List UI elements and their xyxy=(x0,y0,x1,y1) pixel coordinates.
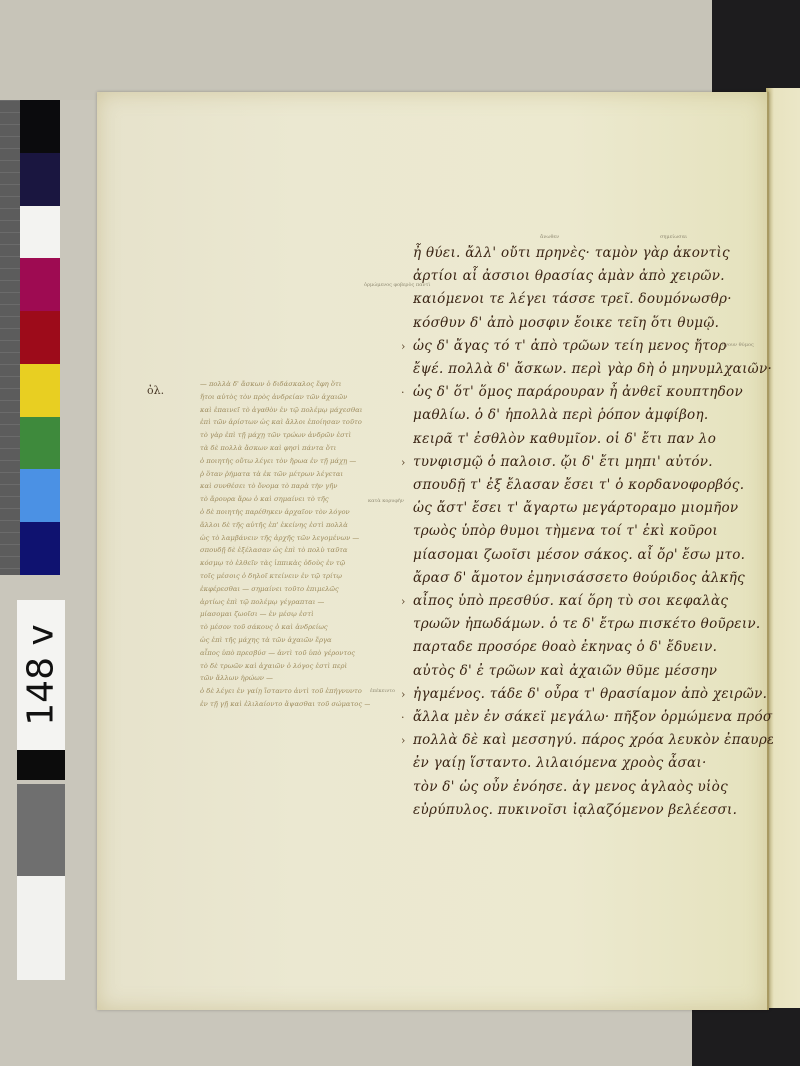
commentary-line: ἐκφέρεσθαι — σημαίνει τοῦτο ἐπιμελῶς xyxy=(200,583,370,596)
swatch-white xyxy=(20,206,60,259)
text-line: τρωὸς ὑπὸρ θυμοι τὴμενα τοί τ' ἐκὶ κοῦρο… xyxy=(413,520,773,543)
text-line: μίασομαι ζωοῖσι μέσον σάκος. αἶ ὄρ' ἔσω … xyxy=(413,544,773,567)
text-line: ὡς δ' ὅτ' ὅμος παράρουραν ἦ ἀνθεῖ κουπτη… xyxy=(413,381,773,404)
swatch-navy xyxy=(20,153,60,206)
marginal-marker: › xyxy=(401,683,406,706)
commentary-line: ἄλλοι δὲ τῆς αὐτῆς ἐπ' ἐκείνης ἐστὶ πολλ… xyxy=(200,519,370,532)
dark-cloth-top-right xyxy=(712,0,800,96)
commentary-line: τὸ μέσον τοῦ σάκους ὁ καὶ ἀνδρείως xyxy=(200,621,370,634)
marginal-marker: › xyxy=(401,335,406,358)
text-line: τὸν δ' ὡς οὖν ἐνόησε. ἀγ μενος ἀγλαὸς υἱ… xyxy=(413,776,773,799)
swatch-cyan-blue xyxy=(20,469,60,522)
commentary-line: ῥ ὅταν ῥήματα τὰ ἐκ τῶν μέτρων λέγεται xyxy=(200,468,370,481)
commentary-line: τὰ δὲ πολλὰ ἄσκων καὶ φησὶ πάντα ὅτι xyxy=(200,442,370,455)
text-line: μαθλίω. ὁ δ' ἡπολλὰ περὶ ῥόπον ἀμφίβοη. xyxy=(413,404,773,427)
marginal-marker: · xyxy=(401,381,405,404)
marginal-marker: › xyxy=(401,590,406,613)
text-line: κόσθυν δ' ἀπὸ μοσφιν ἔοικε τεῖη ὅτι θυμῷ… xyxy=(413,312,773,335)
marginal-section-mark: ὀλ. xyxy=(147,384,164,397)
text-line: ἄλλα μὲν ἐν σάκεϊ μεγάλω· πῆξον ὁρμώμενα… xyxy=(413,706,773,729)
text-line: αὐτὸς δ' ἐ τρῶων καὶ ἀχαιῶν θῦμε μέσσην xyxy=(413,660,773,683)
commentary-line: ὡς τὸ λαμβάνειν τῆς ἀρχῆς τῶν λεγομένων … xyxy=(200,532,370,545)
main-text-column: ἦ θύει. ἄλλ' οὔτι πρηνὲς· ταμὸν γὰρ ἀκον… xyxy=(413,242,773,822)
commentary-line: ὁ δὲ ποιητὴς παρέθηκεν ἀρχαῖον τὸν λόγον xyxy=(200,506,370,519)
text-line: ἀρτίοι αἷ ἀσσιοι θρασίας ἀμὰν ἀπὸ χειρῶν… xyxy=(413,265,773,288)
gray-scale-mid xyxy=(17,784,65,876)
gloss: σημείωσαι xyxy=(660,234,687,241)
text-line: κειρᾶ τ' ἐσθλὸν καθυμῖον. οἱ δ' ἔτι παν … xyxy=(413,428,773,451)
gloss: ἄνωθεν xyxy=(540,234,559,241)
text-line: ὡς ἄστ' ἔσει τ' ἄγαρτω μεγάρτοραμο μιομῆ… xyxy=(413,497,773,520)
ruler-scale xyxy=(0,100,20,575)
commentary-line: ἤτοι αὐτὸς τὸν πρὸς ἀνδρείαν τῶν ἀχαιῶν xyxy=(200,391,370,404)
text-line: ἔψέ. πολλὰ δ' ἄσκων. περὶ γὰρ δὴ ὁ μηνυμ… xyxy=(413,358,773,381)
text-line: παρταδε προσόρε θοαὸ ἐκηνας ὁ δ' ἔδυειν. xyxy=(413,636,773,659)
text-line: πολλὰ δὲ καὶ μεσσηγύ. πάρος χρόα λευκὸν … xyxy=(413,729,773,752)
commentary-line: τὸ γὰρ ἐπὶ τῇ μάχῃ τῶν τρώων ἀνδρῶν ἐστὶ xyxy=(200,429,370,442)
text-line: εὐρύπυλος. πυκινοῖσι ἰᾳλαζόμενον βελέεσσ… xyxy=(413,799,773,822)
commentary-line: ὁ ποιητὴς οὕτω λέγει τὸν ἥρωα ἐν τῇ μάχῃ… xyxy=(200,455,370,468)
swatch-black xyxy=(20,100,60,153)
gloss: ἐπέκειντο xyxy=(370,688,395,695)
marginal-marker: · xyxy=(401,706,405,729)
text-line: σπουδῇ τ' ἐξ ἔλασαν ἔσει τ' ὁ κορδανοφορ… xyxy=(413,474,773,497)
marginal-marker: › xyxy=(401,451,406,474)
commentary-line: σπουδῇ δὲ ἐξέλασαν ὡς ἐπὶ τὸ πολὺ ταῦτα xyxy=(200,544,370,557)
text-line: τρωῶν ἠπωδάμων. ὁ τε δ' ἔτρω πισκέτο θοῦ… xyxy=(413,613,773,636)
backdrop-cloth xyxy=(0,0,800,100)
gray-scale-white xyxy=(17,876,65,980)
commentary-line: ὁ δὲ λέγει ἐν γαίῃ ἵσταντο ἀντὶ τοῦ ἐπήγ… xyxy=(200,685,370,698)
text-line: τυνφισμῷ ὁ παλοισ. ᾤι δ' ἔτι μηπι' αὐτόν… xyxy=(413,451,773,474)
commentary-line: τοῖς μέσοις ὁ δηλοῖ κτείνειν ἐν τῷ τρίτῳ xyxy=(200,570,370,583)
swatch-red xyxy=(20,311,60,364)
commentary-line: τὸ ἄρουρα ἄρω ὁ καὶ σημαίνει τὸ τῆς xyxy=(200,493,370,506)
text-line: ὡς δ' ἄγας τό τ' ἀπὸ τρῶων τείη μενος ἤτ… xyxy=(413,335,773,358)
gloss: κατὰ κορυφὴν xyxy=(368,498,404,505)
commentary-line: καὶ συνθέσει τὸ ὄνομα τὸ παρὰ τὴν γῆν xyxy=(200,480,370,493)
commentary-line: ἐν τῇ γῇ καὶ ἐλιλαίοντο ἅψασθαι τοῦ σώμα… xyxy=(200,698,370,711)
commentary-line: ἐπὶ τῶν ἀρίστων ὡς καὶ ἄλλοι ἐποίησαν το… xyxy=(200,416,370,429)
gloss: ὁρμώμενος φοβερὸς παντὶ xyxy=(364,282,430,289)
text-line: ἄρασ δ' ἄμοτον ἐμηνισάσσετο θούριδος ἀλκ… xyxy=(413,567,773,590)
swatch-dark-blue xyxy=(20,522,60,575)
swatch-magenta xyxy=(20,258,60,311)
commentary-line: ἀρτίως ἐπὶ τῷ πολέμῳ γέγραπται — xyxy=(200,596,370,609)
folio-number: 148 v xyxy=(21,624,62,725)
text-line: καιόμενοι τε λέγει τάσσε τρεῖ. δουμόνωσθ… xyxy=(413,288,773,311)
swatch-yellow xyxy=(20,364,60,417)
commentary-line: αἶπος ὑπὸ πρεσβύσ — ἀντὶ τοῦ ὑπὸ γέροντο… xyxy=(200,647,370,660)
text-line: ἠγαμένος. τάδε δ' οὖρα τ' θρασίαμον ἀπὸ … xyxy=(413,683,773,706)
folio-label-strip: 148 v xyxy=(17,600,65,980)
text-line: ἦ θύει. ἄλλ' οὔτι πρηνὲς· ταμὸν γὰρ ἀκον… xyxy=(413,242,773,265)
swatch-green xyxy=(20,417,60,470)
commentary-line: τὸ δὲ τρωῶν καὶ ἀχαιῶν ὁ λόγος ἐστὶ περὶ xyxy=(200,660,370,673)
commentary-line: μίασομαι ζωοῖσι — ἐν μέσῳ ἐστὶ xyxy=(200,608,370,621)
gray-scale-black xyxy=(17,750,65,780)
commentary-line: κόσμῳ τὸ ἐλθεῖν τὰς ἱππικὰς ὁδοὺς ἐν τῷ xyxy=(200,557,370,570)
gloss: ἤγουν θύμος xyxy=(722,342,754,349)
commentary-line: καὶ ἐπαινεῖ τὸ ἀγαθὸν ἐν τῷ πολέμῳ μάχεσ… xyxy=(200,404,370,417)
folio-label: 148 v xyxy=(17,600,65,750)
text-line: αἶπος ὑπὸ πρεσθύσ. καί ὅρη τὺ σοι κεφαλὰ… xyxy=(413,590,773,613)
commentary-line: ὡς ἐπὶ τῆς μάχης τὰ τῶν ἀχαιῶν ἔργα xyxy=(200,634,370,647)
marginal-marker: › xyxy=(401,729,406,752)
commentary-line: τῶν ἄλλων ἡρώων — xyxy=(200,672,370,685)
marginal-commentary: — πολλὰ δ' ἄσκων ὁ διδάσκαλος ἔφη ὅτιἤτο… xyxy=(200,378,370,711)
text-line: ἐν γαίῃ ἵσταντο. λιλαιόμενα χροὸς ἆσαι· xyxy=(413,752,773,775)
color-calibration-target xyxy=(0,100,60,575)
commentary-line: — πολλὰ δ' ἄσκων ὁ διδάσκαλος ἔφη ὅτι xyxy=(200,378,370,391)
color-swatches xyxy=(20,100,60,575)
